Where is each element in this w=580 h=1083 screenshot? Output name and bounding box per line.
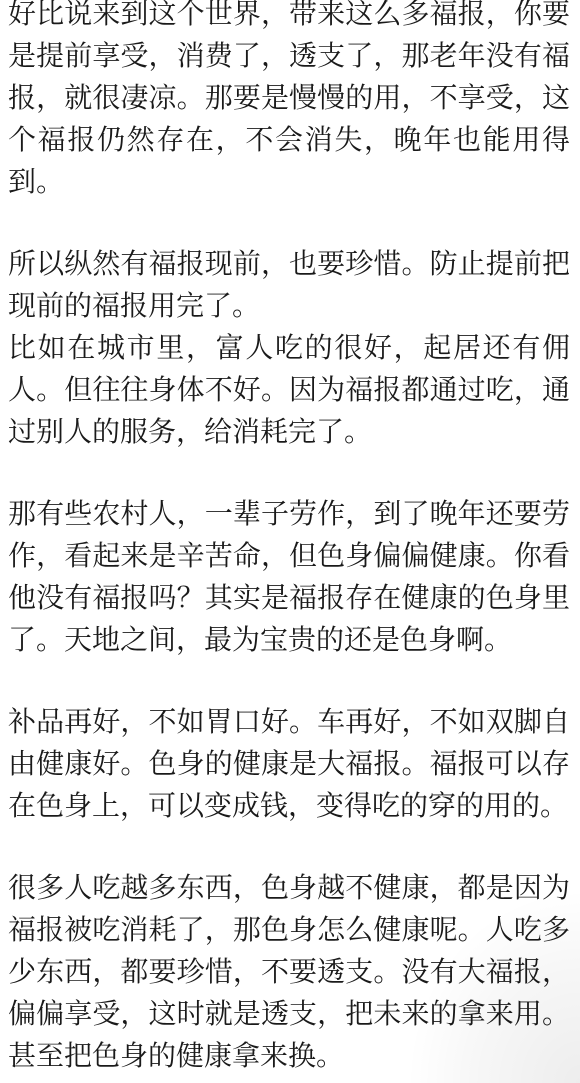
text-block-4: 补品再好，不如胃口好。车再好，不如双脚自由健康好。色身的健康是大福报。福报可以存… (8, 701, 570, 827)
paragraph: 所以纵然有福报现前，也要珍惜。防止提前把现前的福报用完了。 (8, 243, 570, 327)
article-body: 好比说来到这个世界，带来这么多福报，你要是提前享受，消费了，透支了，那老年没有福… (0, 0, 580, 1077)
text-block-1: 好比说来到这个世界，带来这么多福报，你要是提前享受，消费了，透支了，那老年没有福… (8, 0, 570, 203)
paragraph: 很多人吃越多东西，色身越不健康，都是因为福报被吃消耗了，那色身怎么健康呢。人吃多… (8, 867, 570, 1077)
text-block-2: 所以纵然有福报现前，也要珍惜。防止提前把现前的福报用完了。 比如在城市里，富人吃… (8, 243, 570, 453)
paragraph: 补品再好，不如胃口好。车再好，不如双脚自由健康好。色身的健康是大福报。福报可以存… (8, 701, 570, 827)
paragraph: 比如在城市里，富人吃的很好，起居还有佣人。但往往身体不好。因为福报都通过吃，通过… (8, 327, 570, 453)
paragraph: 好比说来到这个世界，带来这么多福报，你要是提前享受，消费了，透支了，那老年没有福… (8, 0, 570, 203)
text-block-3: 那有些农村人，一辈子劳作，到了晚年还要劳作，看起来是辛苦命，但色身偏偏健康。你看… (8, 493, 570, 661)
paragraph: 那有些农村人，一辈子劳作，到了晚年还要劳作，看起来是辛苦命，但色身偏偏健康。你看… (8, 493, 570, 661)
text-block-5: 很多人吃越多东西，色身越不健康，都是因为福报被吃消耗了，那色身怎么健康呢。人吃多… (8, 867, 570, 1077)
